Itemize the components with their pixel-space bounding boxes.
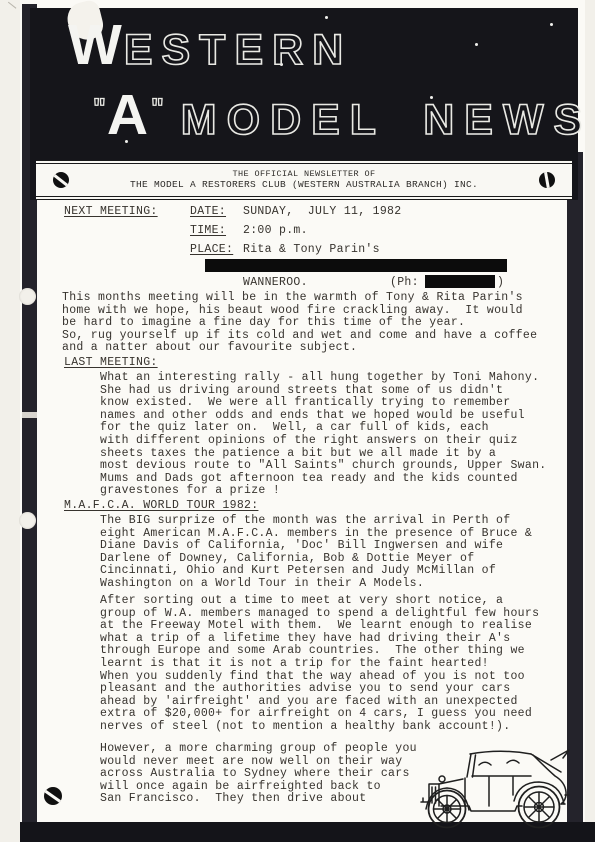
screw-icon-bottom-left — [44, 787, 62, 805]
redacted-address — [205, 259, 507, 272]
meeting-date-label: DATE: — [190, 205, 226, 218]
scanned-newsletter-page: WESTERN "A"MODEL NEWS THE OFFICIAL NEWSL… — [0, 0, 595, 842]
last-meeting-body: What an interesting rally - all hung tog… — [100, 372, 546, 498]
page-title-line2: "A"MODEL NEWS — [92, 82, 592, 148]
screw-icon-left — [53, 172, 69, 188]
newsletter-subtitle-bar: THE OFFICIAL NEWSLETTER OF THE MODEL A R… — [36, 160, 572, 200]
meeting-suburb: WANNEROO. — [243, 276, 308, 289]
next-meeting-label: NEXT MEETING: — [64, 205, 158, 218]
meeting-time-value: 2:00 p.m. — [243, 224, 308, 237]
scan-edge-right — [567, 152, 583, 842]
redacted-phone — [425, 275, 495, 288]
world-tour-heading: M.A.F.C.A. WORLD TOUR 1982: — [64, 499, 258, 512]
meeting-date-value: SUNDAY, JULY 11, 1982 — [243, 205, 401, 218]
meeting-phone-prefix: (Ph: — [390, 276, 419, 289]
model-a-car-illustration — [413, 746, 581, 830]
meeting-time-label: TIME: — [190, 224, 226, 237]
newsletter-subtitle-line1: THE OFFICIAL NEWSLETTER OF — [36, 169, 572, 179]
masthead: WESTERN "A"MODEL NEWS THE OFFICIAL NEWSL… — [30, 8, 578, 200]
quote-mark-right: " — [151, 93, 164, 124]
punch-hole-top — [19, 288, 36, 305]
intro-paragraph: This months meeting will be in the warmt… — [62, 292, 537, 355]
quote-mark-left: " — [93, 93, 106, 124]
last-meeting-heading: LAST MEETING: — [64, 356, 158, 369]
meeting-phone-suffix: ) — [497, 276, 504, 289]
scan-speck — [475, 43, 478, 46]
screw-icon-right — [539, 172, 555, 188]
pencil-mark — [4, 2, 17, 14]
scan-edge-gap — [22, 412, 37, 418]
title-rest-model-news: MODEL NEWS — [181, 96, 592, 144]
title-rest-estern: ESTERN — [124, 26, 352, 74]
world-tour-paragraph-2: After sorting out a time to meet at very… — [100, 595, 539, 734]
page-title-line1: WESTERN — [68, 12, 352, 78]
world-tour-paragraph-1: The BIG surprize of the month was the ar… — [100, 515, 532, 591]
scan-speck — [550, 23, 553, 26]
meeting-place-label: PLACE: — [190, 243, 233, 256]
world-tour-paragraph-3: However, a more charming group of people… — [100, 743, 417, 806]
punch-hole-bottom — [19, 512, 36, 529]
meeting-place-value: Rita & Tony Parin's — [243, 243, 380, 256]
title-initial-a: A — [107, 83, 150, 147]
newsletter-subtitle-line2: THE MODEL A RESTORERS CLUB (WESTERN AUST… — [36, 179, 572, 191]
title-initial-w: W — [68, 13, 124, 77]
